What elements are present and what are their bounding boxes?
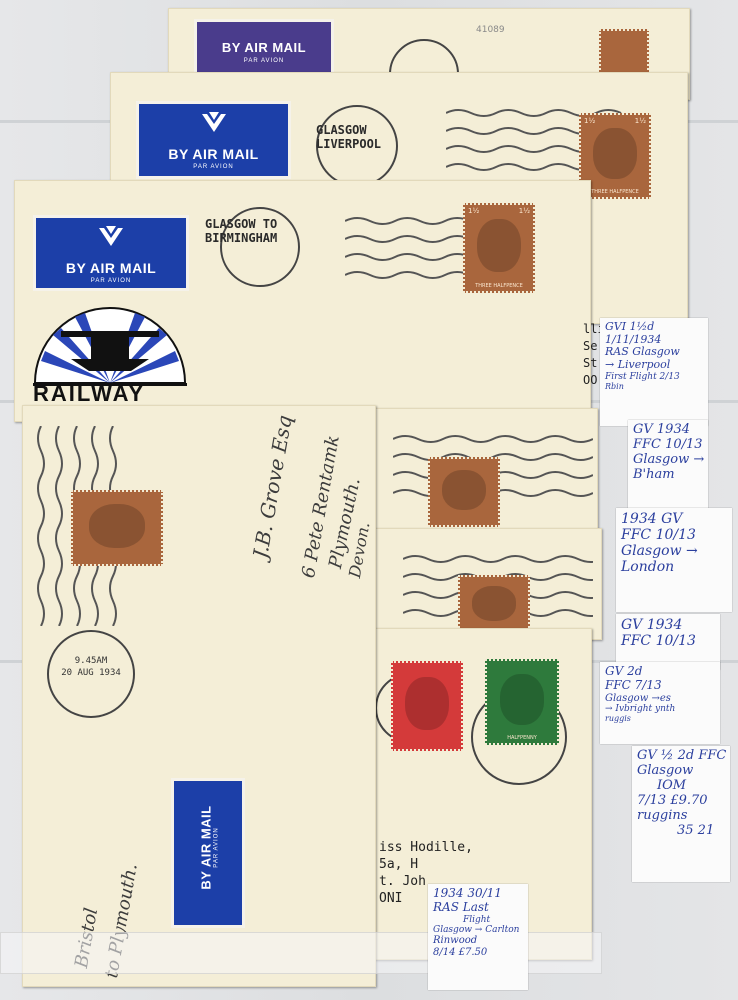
railway-text: RAILWAY — [33, 381, 145, 407]
king-portrait — [593, 128, 637, 179]
king-portrait — [500, 674, 545, 725]
note-line: 1934 30/11 — [433, 887, 523, 901]
air-mail-label: BY AIR MAIL PAR AVION — [194, 19, 334, 79]
note-line: London — [621, 559, 727, 575]
note-line: GV 2d — [605, 665, 715, 679]
note-line: GV 1934 — [621, 617, 715, 633]
cover-6 — [372, 528, 602, 640]
cover-4: 9.45AM 20 AUG 1934 J.B. Grove Esq 6 Pete… — [22, 405, 376, 987]
air-mail-label: BY AIR MAIL PAR AVION — [33, 215, 189, 291]
par-avion-text: PAR AVION — [214, 773, 220, 923]
lot-note: 1934 GV FFC 10/13 Glasgow → London — [616, 508, 732, 612]
postmark: 9.45AM 20 AUG 1934 — [47, 630, 135, 718]
cover-3: BY AIR MAIL PAR AVION RAILWAY GLASGOW TO… — [14, 180, 591, 422]
par-avion-text: PAR AVION — [197, 58, 331, 64]
stamp-name: THREE HALFPENCE — [581, 189, 649, 195]
air-mail-label: BY AIR MAIL PAR AVION — [136, 101, 291, 179]
note-line: Rinwood — [433, 935, 523, 947]
note-line: FFC 10/13 — [633, 438, 703, 453]
stamp-value: 1½ — [635, 117, 646, 125]
note-line: FFC 10/13 — [621, 633, 715, 649]
note-line: GVI 1½d — [605, 321, 703, 334]
note-line: ruggis — [605, 714, 715, 723]
stamp-value: 1½ — [584, 117, 595, 125]
stamp: 1½ 1½ THREE HALFPENCE — [463, 203, 535, 293]
lot-note: GV 1934 FFC 10/13 Glasgow → B'ham — [628, 420, 708, 510]
note-line: FFC 10/13 — [621, 527, 727, 543]
stamp — [458, 575, 530, 635]
king-portrait — [405, 677, 449, 730]
note-line: 7/13 £9.70 — [637, 794, 725, 809]
note-line: FFC 7/13 — [605, 679, 715, 693]
par-avion-text: PAR AVION — [139, 164, 288, 170]
air-mail-text: BY AIR MAIL — [36, 260, 186, 276]
lot-note: 1934 30/11 RAS Last Flight Glasgow → Car… — [428, 884, 528, 990]
note-line: Glasgow → — [633, 453, 703, 468]
king-portrait — [477, 219, 521, 272]
note-line: Rbin — [605, 382, 703, 391]
note-line: 8/14 £7.50 — [433, 947, 523, 959]
wings-icon — [197, 110, 231, 132]
note-line: First Flight 2/13 — [605, 372, 703, 382]
note-line: Glasgow →es — [605, 693, 715, 705]
stamp — [71, 490, 163, 566]
note-line: 35 21 — [637, 824, 725, 839]
note-line: Glasgow → — [621, 543, 727, 559]
cancel-time: 9.45AM — [49, 656, 133, 666]
air-mail-text: BY AIR MAIL — [139, 146, 288, 162]
note-line: GV 1934 — [633, 423, 703, 438]
stamp: HALFPENNY — [485, 659, 559, 745]
note-line: RAS Last — [433, 901, 523, 915]
lot-note: GV 2d FFC 7/13 Glasgow →es → Ivbright yn… — [600, 662, 720, 744]
note-line: ruggins — [637, 809, 725, 824]
king-portrait — [89, 504, 145, 549]
pencil-reference: 41089 — [476, 25, 505, 35]
lot-note: GVI 1½d 1/11/1934 RAS Glasgow → Liverpoo… — [600, 318, 708, 426]
stamp-name: THREE HALFPENCE — [465, 283, 533, 289]
air-mail-text: BY AIR MAIL — [199, 773, 214, 923]
note-line: GV ½ 2d FFC — [637, 749, 725, 764]
slogan-cancel: GLASGOW LIVERPOOL — [316, 123, 381, 151]
cancel-date: 20 AUG 1934 — [49, 668, 133, 678]
note-line: IOM — [637, 779, 725, 794]
stamp-value: 1½ — [519, 207, 530, 215]
note-line: Flight — [433, 915, 523, 925]
stamp — [391, 661, 463, 751]
note-line: 1934 GV — [621, 511, 727, 527]
note-line: Glasgow — [637, 764, 725, 779]
stamp — [428, 457, 500, 527]
par-avion-text: PAR AVION — [36, 278, 186, 284]
note-line: → Ivbright ynth — [605, 704, 715, 714]
wings-icon — [94, 224, 128, 246]
air-mail-text: BY AIR MAIL — [197, 40, 331, 55]
addressee-line: J.B. Grove Esq — [248, 413, 297, 560]
air-mail-label: BY AIR MAIL PAR AVION — [171, 778, 245, 928]
lot-note: GV ½ 2d FFC Glasgow IOM 7/13 £9.70 ruggi… — [632, 746, 730, 882]
note-line: B'ham — [633, 468, 703, 483]
slogan-cancel: GLASGOW TO BIRMINGHAM — [205, 217, 277, 245]
king-portrait — [472, 586, 516, 621]
stamp-value: 1½ — [468, 207, 479, 215]
stamp-name: HALFPENNY — [487, 735, 557, 741]
note-line: → Liverpool — [605, 359, 703, 372]
note-line: Glasgow → Carlton — [433, 925, 523, 935]
king-portrait — [442, 470, 486, 511]
cover-5 — [372, 408, 598, 540]
